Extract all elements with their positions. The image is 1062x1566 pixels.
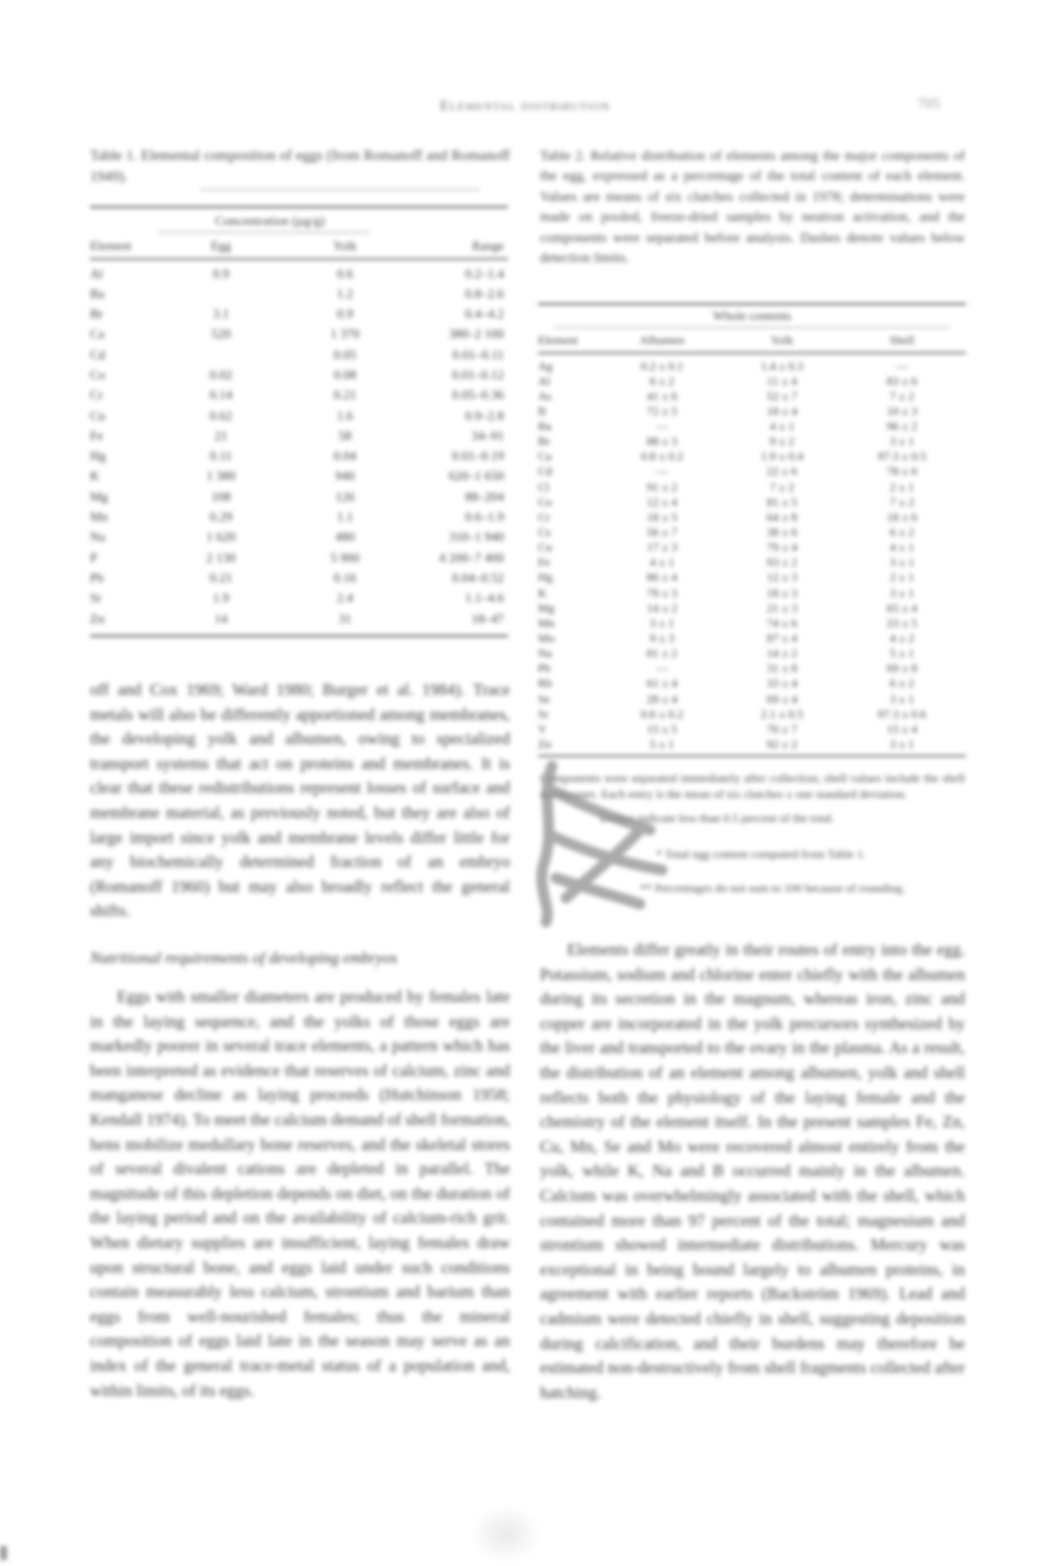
table2-cell-shell: 65 ± 4 bbox=[838, 601, 966, 616]
table1-cell-yolk: 0.16 bbox=[280, 570, 410, 590]
table1-cell-element: K bbox=[90, 468, 162, 488]
table2-cell-albumen: 56 ± 7 bbox=[598, 525, 726, 540]
table1-cell-element: P bbox=[90, 550, 162, 570]
table2-cell-yolk: 93 ± 2 bbox=[726, 555, 838, 570]
table1-cell-range: 0.01–0.12 bbox=[410, 367, 508, 387]
table2-cell-albumen: — bbox=[598, 661, 726, 676]
table1-caption: Table 1. Elemental composition of eggs (… bbox=[90, 146, 510, 188]
table1-col-egg: Egg bbox=[162, 239, 280, 254]
table2-cell-yolk: 79 ± 4 bbox=[726, 540, 838, 555]
table1-cell-range: 0.8–2.6 bbox=[410, 286, 508, 306]
table1-cell-range: 620–1 650 bbox=[410, 468, 508, 488]
table2-cell-shell: 4 ± 2 bbox=[838, 631, 966, 646]
table1-cell-element: Ba bbox=[90, 286, 162, 306]
table1-cell-range: 18–47 bbox=[410, 611, 508, 631]
table1-cell-range: 0.01–0.19 bbox=[410, 448, 508, 468]
table2-cell-yolk: 14 ± 2 bbox=[726, 646, 838, 661]
table2-cell-shell: 5 ± 1 bbox=[838, 646, 966, 661]
table2-cell-albumen: 5 ± 1 bbox=[598, 737, 726, 752]
table2-cell-albumen: 14 ± 2 bbox=[598, 601, 726, 616]
table2-cell-yolk: 22 ± 6 bbox=[726, 464, 838, 479]
table2-cell-albumen: 61 ± 4 bbox=[598, 676, 726, 691]
table2-cell-shell: 78 ± 6 bbox=[838, 464, 966, 479]
table2-cell-shell: 4 ± 1 bbox=[838, 540, 966, 555]
table2-col-shell: Shell bbox=[838, 333, 966, 348]
table1-cell-range: 380–2 100 bbox=[410, 326, 508, 346]
table-row: Sr 1.9 2.4 1.1–4.6 bbox=[90, 590, 508, 610]
table-row: Cr 18 ± 5 64 ± 8 18 ± 6 bbox=[538, 510, 966, 525]
table-row: Al 0.9 0.6 0.2–1.4 bbox=[90, 266, 508, 286]
table-row: Hg 0.11 0.04 0.01–0.19 bbox=[90, 448, 508, 468]
table2-cell-element: B bbox=[538, 404, 598, 419]
table1-cell-egg: 1 620 bbox=[162, 529, 280, 549]
table2-group-header: Whole contents bbox=[538, 309, 966, 324]
table1-header-rule bbox=[90, 258, 508, 260]
table-row: Ca 520 1 370 380–2 100 bbox=[90, 326, 508, 346]
table1-cell-element: Mn bbox=[90, 509, 162, 529]
table2-cell-albumen: 72 ± 5 bbox=[598, 404, 726, 419]
table1-cell-range: 0.2–1.4 bbox=[410, 266, 508, 286]
table-row: Br 3.1 0.9 0.4–4.2 bbox=[90, 306, 508, 326]
table1-cell-egg: 0.9 bbox=[162, 266, 280, 286]
table2-col-yolk: Yolk bbox=[726, 333, 838, 348]
table2-cell-albumen: 6 ± 2 bbox=[598, 374, 726, 389]
table1-cell-element: Br bbox=[90, 306, 162, 326]
table2-cell-yolk: 12 ± 3 bbox=[726, 570, 838, 585]
table2-cell-shell: 18 ± 6 bbox=[838, 510, 966, 525]
table1-group-header: Concentration (µg/g) bbox=[120, 213, 420, 229]
table2-cell-albumen: 17 ± 3 bbox=[598, 540, 726, 555]
table-row: Na 1 620 480 310–1 940 bbox=[90, 529, 508, 549]
table2-cell-yolk: 64 ± 8 bbox=[726, 510, 838, 525]
table2-cell-shell: 23 ± 5 bbox=[838, 616, 966, 631]
left-paragraph-2: Eggs with smaller diameters are produced… bbox=[90, 985, 510, 1403]
table1-cell-range: 1.1–4.6 bbox=[410, 590, 508, 610]
table2-cell-shell: 6 ± 2 bbox=[838, 525, 966, 540]
table2-cell-albumen: 81 ± 2 bbox=[598, 646, 726, 661]
table-row: Cr 0.14 0.21 0.05–0.36 bbox=[90, 387, 508, 407]
table2-cell-element: Ag bbox=[538, 359, 598, 374]
table-row: Pb 0.21 0.16 0.04–0.52 bbox=[90, 570, 508, 590]
table2-cell-yolk: 18 ± 3 bbox=[726, 586, 838, 601]
table2-cell-shell: 3 ± 1 bbox=[838, 737, 966, 752]
table2-cell-element: Cs bbox=[538, 525, 598, 540]
table1: Concentration (µg/g) Element Egg Yolk Ra… bbox=[90, 206, 508, 637]
table2-cell-albumen: 79 ± 3 bbox=[598, 586, 726, 601]
table1-cell-egg bbox=[162, 286, 280, 306]
table1-cell-element: Cd bbox=[90, 347, 162, 367]
table2-cell-albumen: 0.6 ± 0.2 bbox=[598, 707, 726, 722]
table2-cell-element: Hg bbox=[538, 570, 598, 585]
table1-cell-range: 4 200–7 400 bbox=[410, 550, 508, 570]
table2-cell-yolk: 74 ± 6 bbox=[726, 616, 838, 631]
table2-cell-albumen: 18 ± 5 bbox=[598, 510, 726, 525]
table2-cell-element: Sr bbox=[538, 707, 598, 722]
table2-cell-element: Na bbox=[538, 646, 598, 661]
table2-header-row: Element Albumen Yolk Shell bbox=[538, 333, 966, 348]
table2-cell-element: Cu bbox=[538, 540, 598, 555]
table1-cell-yolk: 940 bbox=[280, 468, 410, 488]
blurred-scan-layer: Elemental distribution 705 Table 1. Elem… bbox=[0, 0, 1062, 1566]
table-row: Ba — 4 ± 1 96 ± 2 bbox=[538, 419, 966, 434]
table-row: Mn 0.29 1.1 0.6–1.9 bbox=[90, 509, 508, 529]
table1-col-element: Element bbox=[90, 239, 162, 254]
table2-cell-albumen: 0.2 ± 0.1 bbox=[598, 359, 726, 374]
table2-cell-element: Ba bbox=[538, 419, 598, 434]
table1-group-underline bbox=[158, 232, 370, 233]
table-row: Mg 14 ± 2 21 ± 3 65 ± 4 bbox=[538, 601, 966, 616]
table2-col-albumen: Albumen bbox=[598, 333, 726, 348]
table2-cell-shell: — bbox=[838, 359, 966, 374]
table-row: Mg 108 126 88–204 bbox=[90, 489, 508, 509]
table2-cell-albumen: 28 ± 4 bbox=[598, 692, 726, 707]
table1-cell-yolk: 0.05 bbox=[280, 347, 410, 367]
table1-cell-range: 0.9–2.8 bbox=[410, 408, 508, 428]
table1-cell-element: Hg bbox=[90, 448, 162, 468]
table1-cell-yolk: 1.6 bbox=[280, 408, 410, 428]
table2-cell-yolk: 1.4 ± 0.3 bbox=[726, 359, 838, 374]
table2-cell-element: Zn bbox=[538, 737, 598, 752]
table-row: Rb 61 ± 4 33 ± 4 6 ± 2 bbox=[538, 676, 966, 691]
table1-bottom-rule bbox=[90, 635, 508, 637]
table2-cell-shell: 7 ± 2 bbox=[838, 389, 966, 404]
table1-cell-range: 310–1 940 bbox=[410, 529, 508, 549]
table2-cell-yolk: 21 ± 3 bbox=[726, 601, 838, 616]
table1-cell-element: Ca bbox=[90, 326, 162, 346]
table2-cell-shell: 10 ± 3 bbox=[838, 404, 966, 419]
table1-cell-yolk: 1.2 bbox=[280, 286, 410, 306]
table-row: Co 0.02 0.08 0.01–0.12 bbox=[90, 367, 508, 387]
table-row: Cd 0.05 0.01–0.11 bbox=[90, 347, 508, 367]
running-head: Elemental distribution bbox=[415, 98, 635, 115]
table2-group-underline bbox=[554, 327, 950, 328]
scanned-paper-page: Elemental distribution 705 Table 1. Elem… bbox=[0, 0, 1062, 1566]
table1-cell-element: Fe bbox=[90, 428, 162, 448]
table2-cell-element: Mg bbox=[538, 601, 598, 616]
table2-cell-yolk: 33 ± 4 bbox=[726, 676, 838, 691]
table2-cell-shell: 2 ± 1 bbox=[838, 570, 966, 585]
table2-cell-yolk: 1.9 ± 0.4 bbox=[726, 449, 838, 464]
table2-cell-element: Mn bbox=[538, 616, 598, 631]
table2-cell-albumen: 91 ± 2 bbox=[598, 480, 726, 495]
table1-cell-yolk: 0.6 bbox=[280, 266, 410, 286]
scan-corner-mark bbox=[0, 1546, 7, 1560]
table2-cell-yolk: 87 ± 4 bbox=[726, 631, 838, 646]
table2-cell-albumen: 12 ± 4 bbox=[598, 495, 726, 510]
table1-col-range: Range bbox=[410, 239, 508, 254]
table2-cell-element: Cd bbox=[538, 464, 598, 479]
table-row: Al 6 ± 2 11 ± 4 83 ± 6 bbox=[538, 374, 966, 389]
table1-cell-egg: 520 bbox=[162, 326, 280, 346]
table2-cell-yolk: 7 ± 2 bbox=[726, 480, 838, 495]
page-number: 705 bbox=[895, 96, 940, 113]
table2-cell-albumen: 4 ± 1 bbox=[598, 555, 726, 570]
table-row: Sr 0.6 ± 0.2 2.1 ± 0.5 97.3 ± 0.6 bbox=[538, 707, 966, 722]
table1-cell-element: Al bbox=[90, 266, 162, 286]
table1-cell-egg: 0.62 bbox=[162, 408, 280, 428]
table2-cell-albumen: 0.8 ± 0.2 bbox=[598, 449, 726, 464]
table-row: P 2 130 5 900 4 200–7 400 bbox=[90, 550, 508, 570]
table2-cell-albumen: — bbox=[598, 419, 726, 434]
table-row: Ca 0.8 ± 0.2 1.9 ± 0.4 97.3 ± 0.5 bbox=[538, 449, 966, 464]
table2-cell-shell: 2 ± 1 bbox=[838, 480, 966, 495]
table1-col-yolk: Yolk bbox=[280, 239, 410, 254]
table2-cell-element: As bbox=[538, 389, 598, 404]
right-paragraph-1: Elements differ greatly in their routes … bbox=[540, 938, 965, 1405]
table-row: Cl 91 ± 2 7 ± 2 2 ± 1 bbox=[538, 480, 966, 495]
table1-cell-egg: 0.14 bbox=[162, 387, 280, 407]
table2-cell-shell: 97.3 ± 0.6 bbox=[838, 707, 966, 722]
table2-cell-yolk: 31 ± 8 bbox=[726, 661, 838, 676]
table2-cell-element: Pb bbox=[538, 661, 598, 676]
table-row: Fe 21 58 34–91 bbox=[90, 428, 508, 448]
table2-cell-shell: 3 ± 1 bbox=[838, 555, 966, 570]
table-row: Cs 56 ± 7 38 ± 6 6 ± 2 bbox=[538, 525, 966, 540]
table2-bottom-rule bbox=[538, 755, 966, 757]
table1-cell-element: Na bbox=[90, 529, 162, 549]
table2-cell-shell: 3 ± 1 bbox=[838, 692, 966, 707]
table2-cell-albumen: 15 ± 5 bbox=[598, 722, 726, 737]
table1-cell-range: 0.01–0.11 bbox=[410, 347, 508, 367]
table1-cell-range: 0.05–0.36 bbox=[410, 387, 508, 407]
table-row: Cu 17 ± 3 79 ± 4 4 ± 1 bbox=[538, 540, 966, 555]
table1-cell-yolk: 0.21 bbox=[280, 387, 410, 407]
table2-cell-shell: 3 ± 1 bbox=[838, 434, 966, 449]
table-row: Na 81 ± 2 14 ± 2 5 ± 1 bbox=[538, 646, 966, 661]
table2-cell-element: Br bbox=[538, 434, 598, 449]
table2-cell-element: K bbox=[538, 586, 598, 601]
table1-cell-yolk: 0.04 bbox=[280, 448, 410, 468]
table2-cell-yolk: 11 ± 4 bbox=[726, 374, 838, 389]
table1-cell-egg: 21 bbox=[162, 428, 280, 448]
table-row: B 72 ± 5 18 ± 4 10 ± 3 bbox=[538, 404, 966, 419]
table2-cell-yolk: 52 ± 7 bbox=[726, 389, 838, 404]
table1-cell-egg: 1 380 bbox=[162, 468, 280, 488]
table1-cell-egg: 108 bbox=[162, 489, 280, 509]
table1-cell-yolk: 31 bbox=[280, 611, 410, 631]
table-row: Ag 0.2 ± 0.1 1.4 ± 0.3 — bbox=[538, 359, 966, 374]
table2-cell-yolk: 92 ± 2 bbox=[726, 737, 838, 752]
table2-cell-element: Se bbox=[538, 692, 598, 707]
table2-cell-element: Al bbox=[538, 374, 598, 389]
table-row: Mn 3 ± 1 74 ± 6 23 ± 5 bbox=[538, 616, 966, 631]
table1-cell-yolk: 1.1 bbox=[280, 509, 410, 529]
table2-cell-shell: 3 ± 1 bbox=[838, 586, 966, 601]
table1-cell-element: Co bbox=[90, 367, 162, 387]
table1-cell-element: Pb bbox=[90, 570, 162, 590]
table2-cell-albumen: 41 ± 6 bbox=[598, 389, 726, 404]
table2-top-rule bbox=[538, 303, 966, 305]
table1-cell-element: Sr bbox=[90, 590, 162, 610]
table2-cell-yolk: 38 ± 6 bbox=[726, 525, 838, 540]
table1-cell-element: Cr bbox=[90, 387, 162, 407]
table2-cell-albumen: 86 ± 4 bbox=[598, 570, 726, 585]
table-row: Hg 86 ± 4 12 ± 3 2 ± 1 bbox=[538, 570, 966, 585]
table2-cell-element: Fe bbox=[538, 555, 598, 570]
table2-cell-yolk: 4 ± 1 bbox=[726, 419, 838, 434]
table2-cell-element: V bbox=[538, 722, 598, 737]
table1-cell-element: Zn bbox=[90, 611, 162, 631]
table1-cell-element: Mg bbox=[90, 489, 162, 509]
table2-cell-element: Ca bbox=[538, 449, 598, 464]
table2-cell-element: Co bbox=[538, 495, 598, 510]
table2-cell-element: Cr bbox=[538, 510, 598, 525]
table2-cell-shell: 97.3 ± 0.5 bbox=[838, 449, 966, 464]
table1-cell-range: 34–91 bbox=[410, 428, 508, 448]
table2-cell-shell: 15 ± 4 bbox=[838, 722, 966, 737]
table1-cell-yolk: 0.9 bbox=[280, 306, 410, 326]
table1-cell-egg: 0.11 bbox=[162, 448, 280, 468]
table1-cell-yolk: 58 bbox=[280, 428, 410, 448]
table-row: Fe 4 ± 1 93 ± 2 3 ± 1 bbox=[538, 555, 966, 570]
table2-cell-element: Rb bbox=[538, 676, 598, 691]
table1-cell-range: 0.6–1.9 bbox=[410, 509, 508, 529]
table-row: Zn 14 31 18–47 bbox=[90, 611, 508, 631]
table2-cell-albumen: 3 ± 1 bbox=[598, 616, 726, 631]
table-row: Pb — 31 ± 8 69 ± 8 bbox=[538, 661, 966, 676]
table1-cell-yolk: 0.08 bbox=[280, 367, 410, 387]
table2-cell-yolk: 81 ± 5 bbox=[726, 495, 838, 510]
table1-cell-range: 0.4–4.2 bbox=[410, 306, 508, 326]
table1-cell-yolk: 480 bbox=[280, 529, 410, 549]
table1-cell-egg: 0.02 bbox=[162, 367, 280, 387]
table-row: V 15 ± 5 70 ± 7 15 ± 4 bbox=[538, 722, 966, 737]
table2-cell-albumen: — bbox=[598, 464, 726, 479]
table1-header-row: Element Egg Yolk Range bbox=[90, 239, 508, 254]
table1-caption-underline bbox=[200, 189, 480, 190]
table2-col-element: Element bbox=[538, 333, 598, 348]
table1-cell-yolk: 1 370 bbox=[280, 326, 410, 346]
table2-cell-shell: 7 ± 2 bbox=[838, 495, 966, 510]
table2-cell-shell: 83 ± 6 bbox=[838, 374, 966, 389]
table2: Whole contents Element Albumen Yolk Shel… bbox=[538, 303, 966, 757]
table-row: Ba 1.2 0.8–2.6 bbox=[90, 286, 508, 306]
table1-cell-egg: 3.1 bbox=[162, 306, 280, 326]
table2-cell-yolk: 2.1 ± 0.5 bbox=[726, 707, 838, 722]
table1-cell-egg: 0.21 bbox=[162, 570, 280, 590]
table1-cell-yolk: 5 900 bbox=[280, 550, 410, 570]
table1-cell-egg: 2 130 bbox=[162, 550, 280, 570]
table2-cell-yolk: 70 ± 7 bbox=[726, 722, 838, 737]
scan-smudge bbox=[470, 1505, 542, 1563]
table2-cell-yolk: 69 ± 4 bbox=[726, 692, 838, 707]
table-row: K 79 ± 3 18 ± 3 3 ± 1 bbox=[538, 586, 966, 601]
table-row: Mo 9 ± 3 87 ± 4 4 ± 2 bbox=[538, 631, 966, 646]
table1-cell-egg: 14 bbox=[162, 611, 280, 631]
table2-body: Ag 0.2 ± 0.1 1.4 ± 0.3 — Al 6 ± 2 11 ± 4… bbox=[538, 359, 966, 753]
table2-cell-albumen: 9 ± 3 bbox=[598, 631, 726, 646]
table1-cell-yolk: 2.4 bbox=[280, 590, 410, 610]
section-heading: Nutritional requirements of developing e… bbox=[90, 950, 510, 968]
table-row: Br 88 ± 3 9 ± 2 3 ± 1 bbox=[538, 434, 966, 449]
handwritten-scribble-mark bbox=[522, 758, 732, 928]
table-row: Se 28 ± 4 69 ± 4 3 ± 1 bbox=[538, 692, 966, 707]
table1-cell-range: 0.04–0.52 bbox=[410, 570, 508, 590]
table2-cell-yolk: 18 ± 4 bbox=[726, 404, 838, 419]
table2-cell-element: Cl bbox=[538, 480, 598, 495]
table-row: Zn 5 ± 1 92 ± 2 3 ± 1 bbox=[538, 737, 966, 752]
table1-body: Al 0.9 0.6 0.2–1.4 Ba 1.2 0.8–2.6 Br 3.1… bbox=[90, 266, 508, 631]
table-row: Co 12 ± 4 81 ± 5 7 ± 2 bbox=[538, 495, 966, 510]
table2-cell-yolk: 9 ± 2 bbox=[726, 434, 838, 449]
table2-header-rule bbox=[538, 352, 966, 354]
table1-cell-element: Cu bbox=[90, 408, 162, 428]
table2-cell-shell: 6 ± 2 bbox=[838, 676, 966, 691]
table2-caption: Table 2. Relative distribution of elemen… bbox=[540, 146, 965, 268]
table2-cell-shell: 96 ± 2 bbox=[838, 419, 966, 434]
table-row: K 1 380 940 620–1 650 bbox=[90, 468, 508, 488]
table2-cell-element: Mo bbox=[538, 631, 598, 646]
table2-cell-shell: 69 ± 8 bbox=[838, 661, 966, 676]
table1-cell-egg: 0.29 bbox=[162, 509, 280, 529]
table-row: Cu 0.62 1.6 0.9–2.8 bbox=[90, 408, 508, 428]
left-paragraph-1: off and Cox 1969; Ward 1980; Burger et a… bbox=[90, 678, 510, 924]
table1-cell-yolk: 126 bbox=[280, 489, 410, 509]
table2-cell-albumen: 88 ± 3 bbox=[598, 434, 726, 449]
table-row: As 41 ± 6 52 ± 7 7 ± 2 bbox=[538, 389, 966, 404]
table1-top-rule bbox=[90, 206, 508, 208]
table1-cell-egg bbox=[162, 347, 280, 367]
table1-cell-range: 88–204 bbox=[410, 489, 508, 509]
table-row: Cd — 22 ± 6 78 ± 6 bbox=[538, 464, 966, 479]
table1-cell-egg: 1.9 bbox=[162, 590, 280, 610]
